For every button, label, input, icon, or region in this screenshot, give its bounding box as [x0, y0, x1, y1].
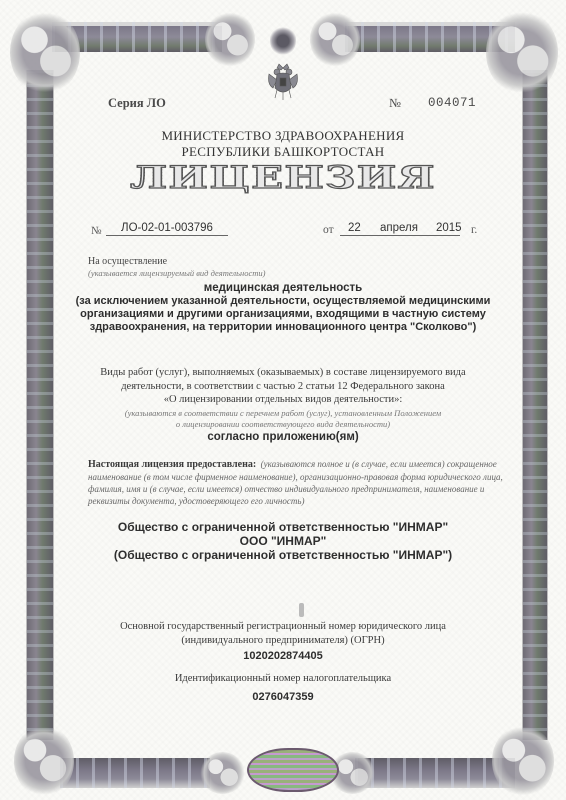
corner-ornament-icon [492, 725, 554, 797]
license-date-label: от [323, 224, 334, 236]
border-bottom-right [355, 758, 515, 788]
ogrn-label-line1: Основной государственный регистрационный… [60, 621, 506, 632]
corner-ornament-icon [10, 10, 80, 95]
activity-detail-line: организациями и другими организациями, в… [60, 308, 506, 320]
license-day: 22 [348, 222, 361, 234]
works-value: согласно приложению(ям) [60, 431, 506, 443]
works-text-line: Виды работ (услуг), выполняемых (оказыва… [60, 367, 506, 378]
ogrn-value: 1020202874405 [60, 650, 506, 662]
license-month: апреля [380, 222, 418, 234]
implementation-hint: (указывается лицензируемый вид деятельно… [88, 268, 265, 278]
holder-full-name: Общество с ограниченной ответственностью… [60, 520, 506, 534]
works-hint-line: (указываются в соответствии с перечнем р… [60, 408, 506, 418]
activity-detail-line: (за исключением указанной деятельности, … [60, 295, 506, 307]
border-bottom-left [60, 758, 210, 788]
licensed-activity: медицинская деятельность [60, 282, 506, 294]
scroll-ornament-icon [200, 752, 245, 794]
scroll-ornament-icon [205, 12, 255, 67]
corner-ornament-icon [486, 10, 558, 95]
inn-value: 0276047359 [60, 691, 506, 703]
eagle-emblem-icon [265, 62, 301, 102]
ministry-name-line1: МИНИСТЕРСТВО ЗДРАВООХРАНЕНИЯ [0, 128, 566, 144]
activity-detail-line: здравоохранения, на территории инновацио… [60, 321, 506, 333]
license-date: 22 апреля 2015 [340, 222, 460, 236]
license-year-suffix: г. [471, 224, 477, 236]
crown-crest-icon [270, 26, 296, 56]
inn-label: Идентификационный номер налогоплательщик… [60, 673, 506, 684]
corner-ornament-icon [14, 725, 74, 797]
blank-number: 004071 [428, 96, 476, 110]
license-document: Серия ЛО № 004071 МИНИСТЕРСТВО ЗДРАВООХР… [0, 0, 566, 800]
document-title: ЛИЦЕНЗИЯ [0, 160, 566, 196]
hologram-seal-icon [247, 748, 339, 792]
works-text-line: «О лицензировании отдельных видов деятел… [60, 394, 506, 405]
holder-brand-name: (Общество с ограниченной ответственность… [60, 548, 506, 562]
works-text-line: деятельности, в соответствии с частью 2 … [60, 381, 506, 392]
ink-mark [299, 603, 304, 617]
license-year: 2015 [436, 222, 462, 234]
series-label: Серия ЛО [108, 96, 166, 111]
scroll-ornament-icon [310, 12, 360, 67]
granted-label: Настоящая лицензия предоставлена: [88, 459, 256, 470]
granted-section: Настоящая лицензия предоставлена: (указы… [88, 458, 513, 507]
implementation-label: На осуществление [88, 256, 167, 267]
license-number-label: № [91, 225, 102, 237]
license-number: ЛО-02-01-003796 [106, 222, 228, 236]
works-hint-line: о лицензировании соответствующего вида д… [60, 419, 506, 429]
blank-number-sign: № [389, 96, 401, 111]
ogrn-label-line2: (индивидуального предпринимателя) (ОГРН) [60, 635, 506, 646]
ministry-name-line2: РЕСПУБЛИКИ БАШКОРТОСТАН [0, 144, 566, 160]
holder-short-name: ООО "ИНМАР" [60, 534, 506, 548]
